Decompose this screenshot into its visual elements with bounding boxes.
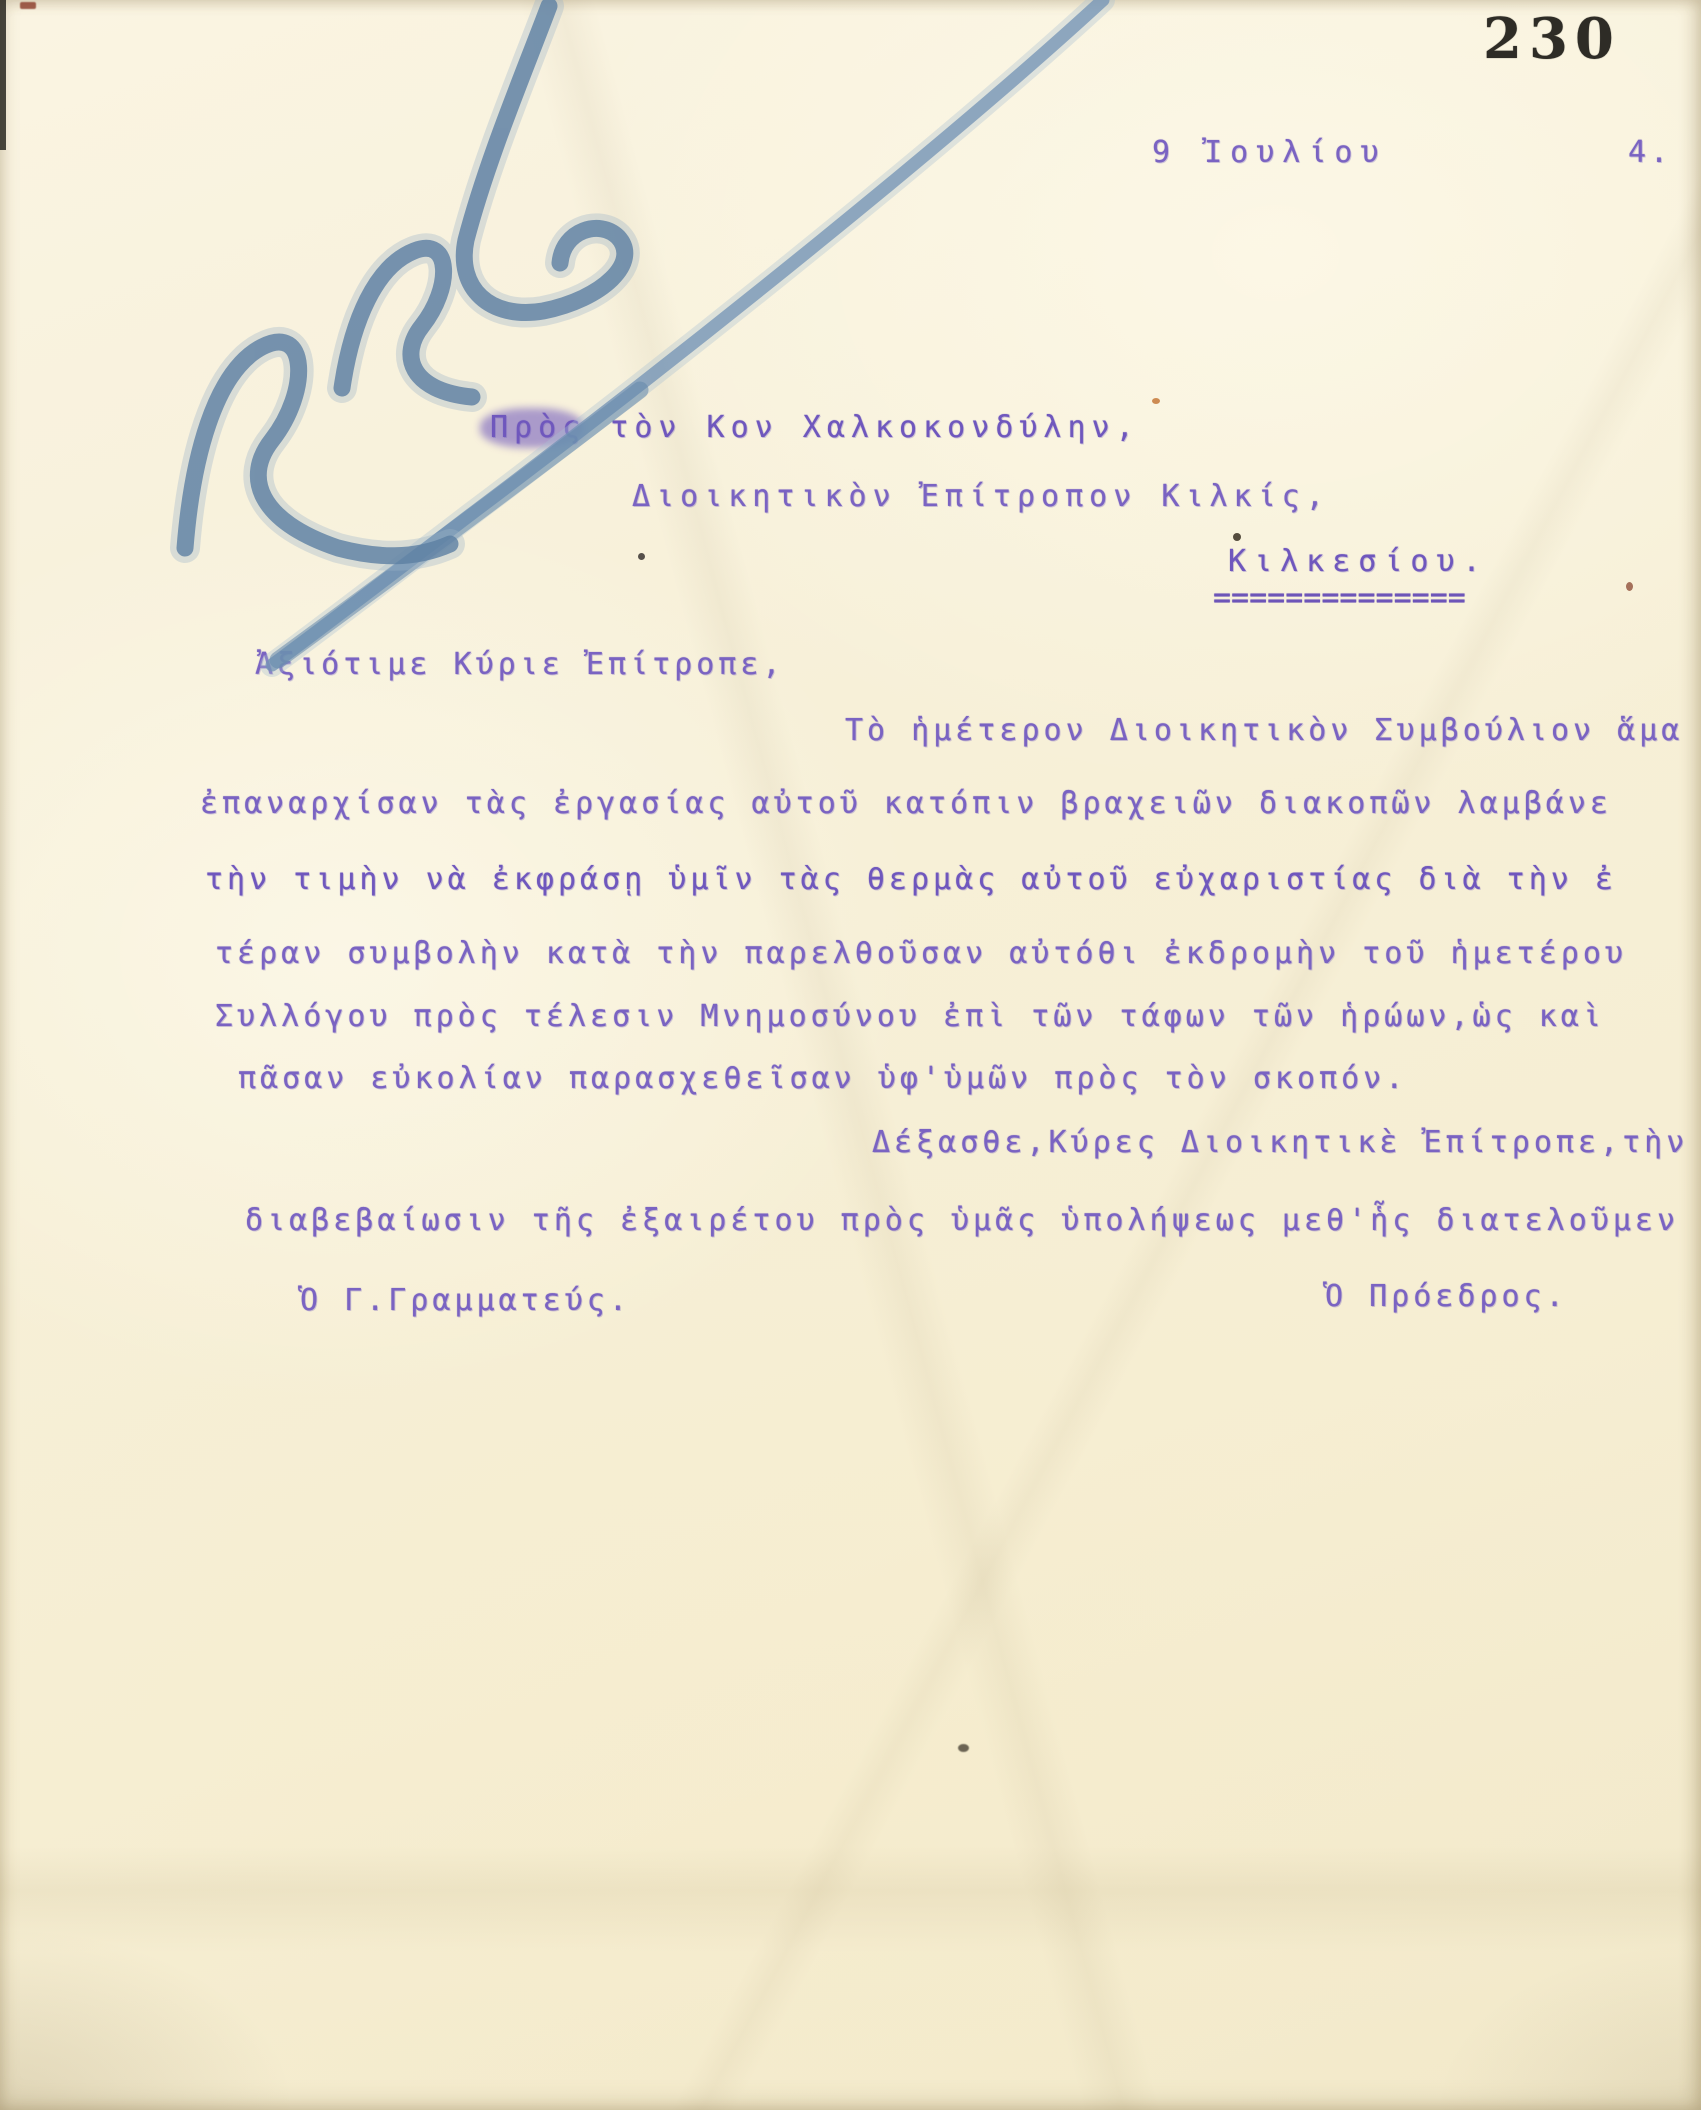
signature-secretary: Ὁ Γ.Γραμματεύς. (300, 1284, 631, 1318)
date-fragment: 4. (1628, 136, 1672, 170)
page-number: 230 (1483, 6, 1621, 72)
signature-president: Ὁ Πρόεδρος. (1325, 1280, 1568, 1314)
body-line: πᾶσαν εὐκολίαν παρασχεθεῖσαν ὑφ'ὑμῶν πρὸ… (238, 1062, 1407, 1096)
body-line: Συλλόγου πρὸς τέλεσιν Μνημοσύνου ἐπὶ τῶν… (215, 1000, 1605, 1034)
recipient-underline: ============== (1213, 580, 1466, 615)
handwritten-number-225 (185, 6, 625, 556)
crossout-line (272, 0, 1103, 665)
scanned-letter-page: 230 9 Ἰουλίου 4. Πρὸς τὸν Κον Χαλκοκονδύ… (0, 0, 1701, 2110)
corner-red-mark (20, 2, 36, 9)
body-line: τὴν τιμὴν νὰ ἐκφράσῃ ὑμῖν τὰς θερμὰς αὐτ… (205, 863, 1617, 897)
ink-speck (1233, 533, 1241, 541)
handwritten-annotation-layer (0, 0, 1701, 2110)
stain-speck (1626, 582, 1633, 591)
body-line: τέραν συμβολὴν κατὰ τὴν παρελθοῦσαν αὐτό… (215, 937, 1627, 971)
closing-line: διαβεβαίωσιν τῆς ἐξαιρέτου πρὸς ὑμᾶς ὑπο… (245, 1204, 1679, 1238)
recipient-line-2: Διοικητικὸν Ἐπίτροπον Κιλκίς, (632, 480, 1330, 514)
recipient-line-3: Κιλκεσίου. (1228, 545, 1489, 579)
closing-line: Δέξασθε,Κύρες Διοικητικὲ Ἐπίτροπε,τὴν (872, 1126, 1688, 1160)
body-line: ἐπαναρχίσαν τὰς ἐργασίας αὐτοῦ κατόπιν β… (200, 787, 1612, 821)
date: 9 Ἰουλίου (1152, 136, 1387, 170)
ink-speck (638, 553, 645, 560)
body-line: Τὸ ἡμέτερον Διοικητικὸν Συμβούλιον ἅμα (845, 714, 1683, 748)
scan-edge-artifact (0, 0, 6, 150)
recipient-line-1: Πρὸς τὸν Κον Χαλκοκονδύλην, (490, 411, 1140, 445)
salutation: Ἀξιότιμε Κύριε Ἐπίτροπε, (255, 648, 784, 682)
stain-speck (958, 1744, 969, 1752)
stain-speck (1152, 398, 1160, 404)
